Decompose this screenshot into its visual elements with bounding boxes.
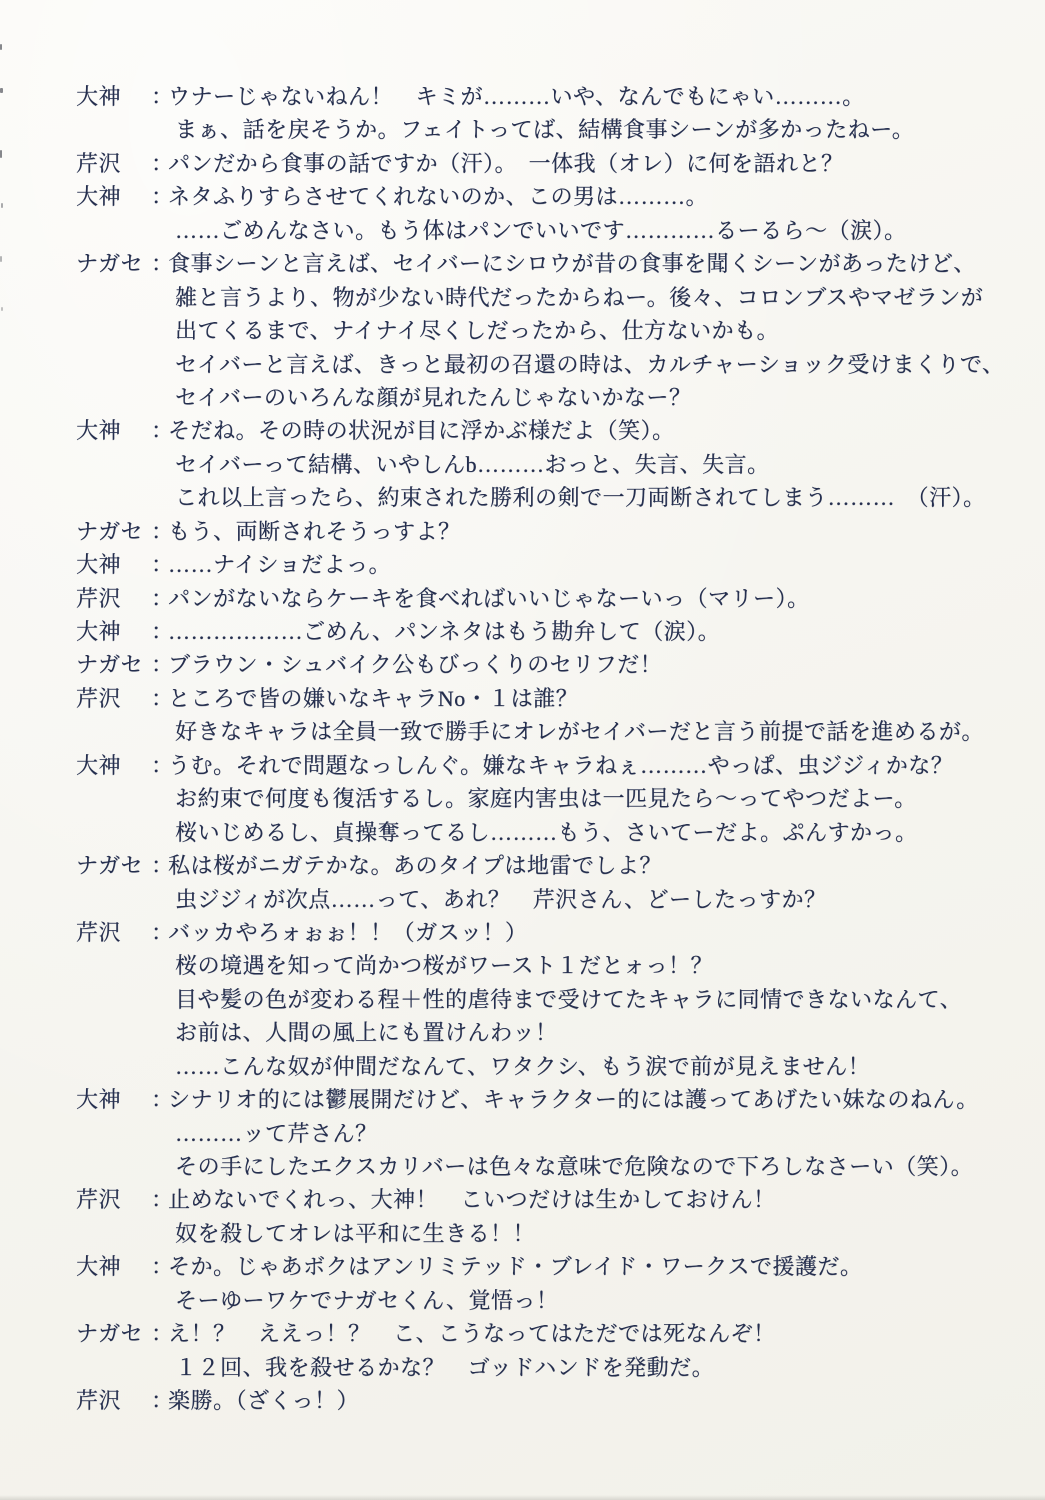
dialogue-text: 虫ジジィが次点……って、あれ？ 芹沢さん、どーしたっすか？ — [175, 883, 827, 916]
dialogue-line: ……こんな奴が仲間だなんて、ワタクシ、もう涙で前が見えません！ — [0, 1050, 1045, 1083]
dialogue-text: 出てくるまで、ナイナイ尽くしだったから、仕方ないかも。 — [175, 314, 779, 347]
dialogue-line: １２回、我を殺せるかな？ ゴッドハンドを発動だ。 — [0, 1351, 1045, 1384]
dialogue-text: これ以上言ったら、約束された勝利の剣で一刀両断されてしまう……… （汗）。 — [175, 481, 986, 514]
dialogue-line: 芹沢 ： 止めないでくれっ、大神！ こいつだけは生かしておけん！ — [0, 1183, 1045, 1216]
dialogue-line: セイバーと言えば、きっと最初の召還の時は、カルチャーショック受けまくりで、 — [0, 348, 1045, 381]
dialogue-line: 芹沢 ： バッカやろォぉぉ！！（ガスッ！） — [0, 916, 1045, 949]
dialogue-line: ナガセ ： ブラウン・シュバイク公もびっくりのセリフだ！ — [0, 648, 1045, 681]
dialogue-line: ………ッて芹さん？ — [0, 1117, 1045, 1150]
dialogue-text: お約束で何度も復活するし。家庭内害虫は一匹見たら～ってやつだよー。 — [175, 782, 917, 815]
dialogue-text: ネタふりすらさせてくれないのか、この男は………。 — [168, 180, 708, 213]
dialogue-line: ナガセ ： え！？ ええっ！？ こ、こうなってはただでは死なんぞ！ — [0, 1317, 1045, 1350]
speaker-name: 芹沢 — [76, 916, 121, 949]
dialogue-text: お前は、人間の風上にも置けんわッ！ — [175, 1016, 558, 1049]
dialogue-line: 桜いじめるし、貞操奪ってるし………もう、さいてーだよ。ぷんすかっ。 — [0, 816, 1045, 849]
speaker-name: ナガセ — [76, 247, 143, 280]
dialogue-text: パンだから食事の話ですか（汗）。 一体我（オレ）に何を語れと？ — [168, 147, 844, 180]
dialogue-text: ……こんな奴が仲間だなんて、ワタクシ、もう涙で前が見えません！ — [175, 1050, 870, 1083]
dialogue-line: これ以上言ったら、約束された勝利の剣で一刀両断されてしまう……… （汗）。 — [0, 481, 1045, 514]
speaker-name: 大神 — [76, 1250, 121, 1283]
dialogue-text: 止めないでくれっ、大神！ こいつだけは生かしておけん！ — [168, 1183, 776, 1216]
dialogue-line: 大神 ： ………………ごめん、パンネタはもう勘弁して（涙）。 — [0, 615, 1045, 648]
dialogue-text: そか。じゃあボクはアンリミテッド・ブレイド・ワークスで援護だ。 — [168, 1250, 862, 1283]
dialogue-text: ………………ごめん、パンネタはもう勘弁して（涙）。 — [168, 615, 720, 648]
dialogue-text: もう、両断されそうっすよ？ — [168, 515, 461, 548]
speaker-name: 芹沢 — [76, 1183, 121, 1216]
speaker-name: 大神 — [76, 80, 121, 113]
dialogue-text: １２回、我を殺せるかな？ ゴッドハンドを発動だ。 — [175, 1351, 714, 1384]
dialogue-line: 大神 ： うむ。それで問題なっしんぐ。嫌なキャラねぇ………やっぱ、虫ジジィかな？ — [0, 749, 1045, 782]
dialogue-text: セイバーと言えば、きっと最初の召還の時は、カルチャーショック受けまくりで、 — [175, 348, 1004, 381]
dialogue-line: ナガセ ： 食事シーンと言えば、セイバーにシロウが昔の食事を聞くシーンがあったけ… — [0, 247, 1045, 280]
dialogue-text: 雑と言うより、物が少ない時代だったからねー。後々、コロンブスやマゼランが — [175, 281, 983, 314]
dialogue-line: 芹沢 ： パンだから食事の話ですか（汗）。 一体我（オレ）に何を語れと？ — [0, 147, 1045, 180]
dialogue-line: 芹沢 ： 楽勝。（ざくっ！） — [0, 1384, 1045, 1417]
dialogue-text: ……ごめんなさい。もう体はパンでいいです…………るーるら～（涙）。 — [175, 214, 907, 247]
dialogue-line: セイバーのいろんな顔が見れたんじゃないかなー？ — [0, 381, 1045, 414]
dialogue-text: まぁ、話を戻そうか。フェイトってば、結構食事シーンが多かったねー。 — [175, 113, 914, 146]
speaker-name: 芹沢 — [76, 682, 121, 715]
dialogue-text: ところで皆の嫌いなキャラNo・１は誰？ — [168, 682, 578, 715]
dialogue-text: 目や髪の色が変わる程＋性的虐待まで受けてたキャラに同情できないなんて、 — [175, 983, 962, 1016]
dialogue-text: ……ナイショだよっ。 — [168, 548, 391, 581]
dialogue-text: 楽勝。（ざくっ！） — [168, 1384, 359, 1417]
dialogue-line: ……ごめんなさい。もう体はパンでいいです…………るーるら～（涙）。 — [0, 214, 1045, 247]
dialogue-text: 食事シーンと言えば、セイバーにシロウが昔の食事を聞くシーンがあったけど、 — [168, 247, 976, 280]
speaker-name: ナガセ — [76, 648, 143, 681]
speaker-name: ナガセ — [76, 1317, 143, 1350]
dialogue-text: ブラウン・シュバイク公もびっくりのセリフだ！ — [168, 648, 662, 681]
speaker-name: 芹沢 — [76, 147, 121, 180]
speaker-name: 大神 — [76, 414, 121, 447]
dialogue-text: セイバーって結構、いやしんb………おっと、失言、失言。 — [175, 448, 770, 481]
dialogue-script: 大神 ： ウナーじゃないねん！ キミが………いや、なんでもにゃい………。 まぁ、… — [0, 80, 1045, 1418]
dialogue-line: 大神 ： そだね。その時の状況が目に浮かぶ様だよ（笑）。 — [0, 414, 1045, 447]
dialogue-line: そーゆーワケでナガセくん、覚悟っ！ — [0, 1284, 1045, 1317]
dialogue-text: 好きなキャラは全員一致で勝手にオレがセイバーだと言う前提で話を進めるが。 — [175, 715, 984, 748]
speaker-name: 大神 — [76, 1083, 121, 1116]
speaker-name: 大神 — [76, 180, 121, 213]
dialogue-line: 大神 ： ……ナイショだよっ。 — [0, 548, 1045, 581]
dialogue-text: ウナーじゃないねん！ キミが………いや、なんでもにゃい………。 — [168, 80, 865, 113]
dialogue-line: セイバーって結構、いやしんb………おっと、失言、失言。 — [0, 448, 1045, 481]
dialogue-text: シナリオ的には鬱展開だけど、キャラクター的には護ってあげたい妹なのねん。 — [168, 1083, 979, 1116]
dialogue-line: 奴を殺してオレは平和に生きる！！ — [0, 1217, 1045, 1250]
dialogue-line: 大神 ： ネタふりすらさせてくれないのか、この男は………。 — [0, 180, 1045, 213]
dialogue-line: 大神 ： そか。じゃあボクはアンリミテッド・ブレイド・ワークスで援護だ。 — [0, 1250, 1045, 1283]
speaker-name: 大神 — [76, 749, 121, 782]
dialogue-line: 芹沢 ： ところで皆の嫌いなキャラNo・１は誰？ — [0, 682, 1045, 715]
dialogue-text: そーゆーワケでナガセくん、覚悟っ！ — [175, 1284, 558, 1317]
dialogue-text: 私は桜がニガテかな。あのタイプは地雷でしよ？ — [168, 849, 662, 882]
dialogue-line: ナガセ ： もう、両断されそうっすよ？ — [0, 515, 1045, 548]
dialogue-line: 大神 ： ウナーじゃないねん！ キミが………いや、なんでもにゃい………。 — [0, 80, 1045, 113]
dialogue-line: 出てくるまで、ナイナイ尽くしだったから、仕方ないかも。 — [0, 314, 1045, 347]
speaker-name: ナガセ — [76, 515, 143, 548]
dialogue-line: 目や髪の色が変わる程＋性的虐待まで受けてたキャラに同情できないなんて、 — [0, 983, 1045, 1016]
dialogue-line: お約束で何度も復活するし。家庭内害虫は一匹見たら～ってやつだよー。 — [0, 782, 1045, 815]
dialogue-line: 桜の境遇を知って尚かつ桜がワースト１だとォっ！？ — [0, 949, 1045, 982]
dialogue-line: 芹沢 ： パンがないならケーキを食べればいいじゃなーいっ（マリー）。 — [0, 582, 1045, 615]
dialogue-text: 桜いじめるし、貞操奪ってるし………もう、さいてーだよ。ぷんすかっ。 — [175, 816, 918, 849]
dialogue-line: ナガセ ： 私は桜がニガテかな。あのタイプは地雷でしよ？ — [0, 849, 1045, 882]
dialogue-text: え！？ ええっ！？ こ、こうなってはただでは死なんぞ！ — [168, 1317, 776, 1350]
dialogue-text: セイバーのいろんな顔が見れたんじゃないかなー？ — [175, 381, 691, 414]
speaker-name: 大神 — [76, 548, 121, 581]
dialogue-line: 雑と言うより、物が少ない時代だったからねー。後々、コロンブスやマゼランが — [0, 281, 1045, 314]
dialogue-line: 虫ジジィが次点……って、あれ？ 芹沢さん、どーしたっすか？ — [0, 883, 1045, 916]
scanned-script-page: 大神 ： ウナーじゃないねん！ キミが………いや、なんでもにゃい………。 まぁ、… — [0, 0, 1045, 1500]
speaker-name: ナガセ — [76, 849, 143, 882]
dialogue-line: 大神 ： シナリオ的には鬱展開だけど、キャラクター的には護ってあげたい妹なのねん… — [0, 1083, 1045, 1116]
dialogue-text: その手にしたエクスカリバーは色々な意味で危険なので下ろしなさーい（笑）。 — [175, 1150, 973, 1183]
dialogue-line: まぁ、話を戻そうか。フェイトってば、結構食事シーンが多かったねー。 — [0, 113, 1045, 146]
speaker-name: 大神 — [76, 615, 121, 648]
dialogue-text: バッカやろォぉぉ！！（ガスッ！） — [168, 916, 527, 949]
dialogue-line: 好きなキャラは全員一致で勝手にオレがセイバーだと言う前提で話を進めるが。 — [0, 715, 1045, 748]
scan-edge-mark — [0, 44, 2, 50]
dialogue-text: 桜の境遇を知って尚かつ桜がワースト１だとォっ！？ — [175, 949, 713, 982]
speaker-name: 芹沢 — [76, 1384, 121, 1417]
dialogue-line: その手にしたエクスカリバーは色々な意味で危険なので下ろしなさーい（笑）。 — [0, 1150, 1045, 1183]
dialogue-text: ………ッて芹さん？ — [175, 1117, 378, 1150]
dialogue-text: 奴を殺してオレは平和に生きる！！ — [175, 1217, 535, 1250]
dialogue-text: うむ。それで問題なっしんぐ。嫌なキャラねぇ………やっぱ、虫ジジィかな？ — [168, 749, 953, 782]
dialogue-text: パンがないならケーキを食べればいいじゃなーいっ（マリー）。 — [168, 582, 810, 615]
speaker-name: 芹沢 — [76, 582, 121, 615]
dialogue-text: そだね。その時の状況が目に浮かぶ様だよ（笑）。 — [168, 414, 675, 447]
dialogue-line: お前は、人間の風上にも置けんわッ！ — [0, 1016, 1045, 1049]
